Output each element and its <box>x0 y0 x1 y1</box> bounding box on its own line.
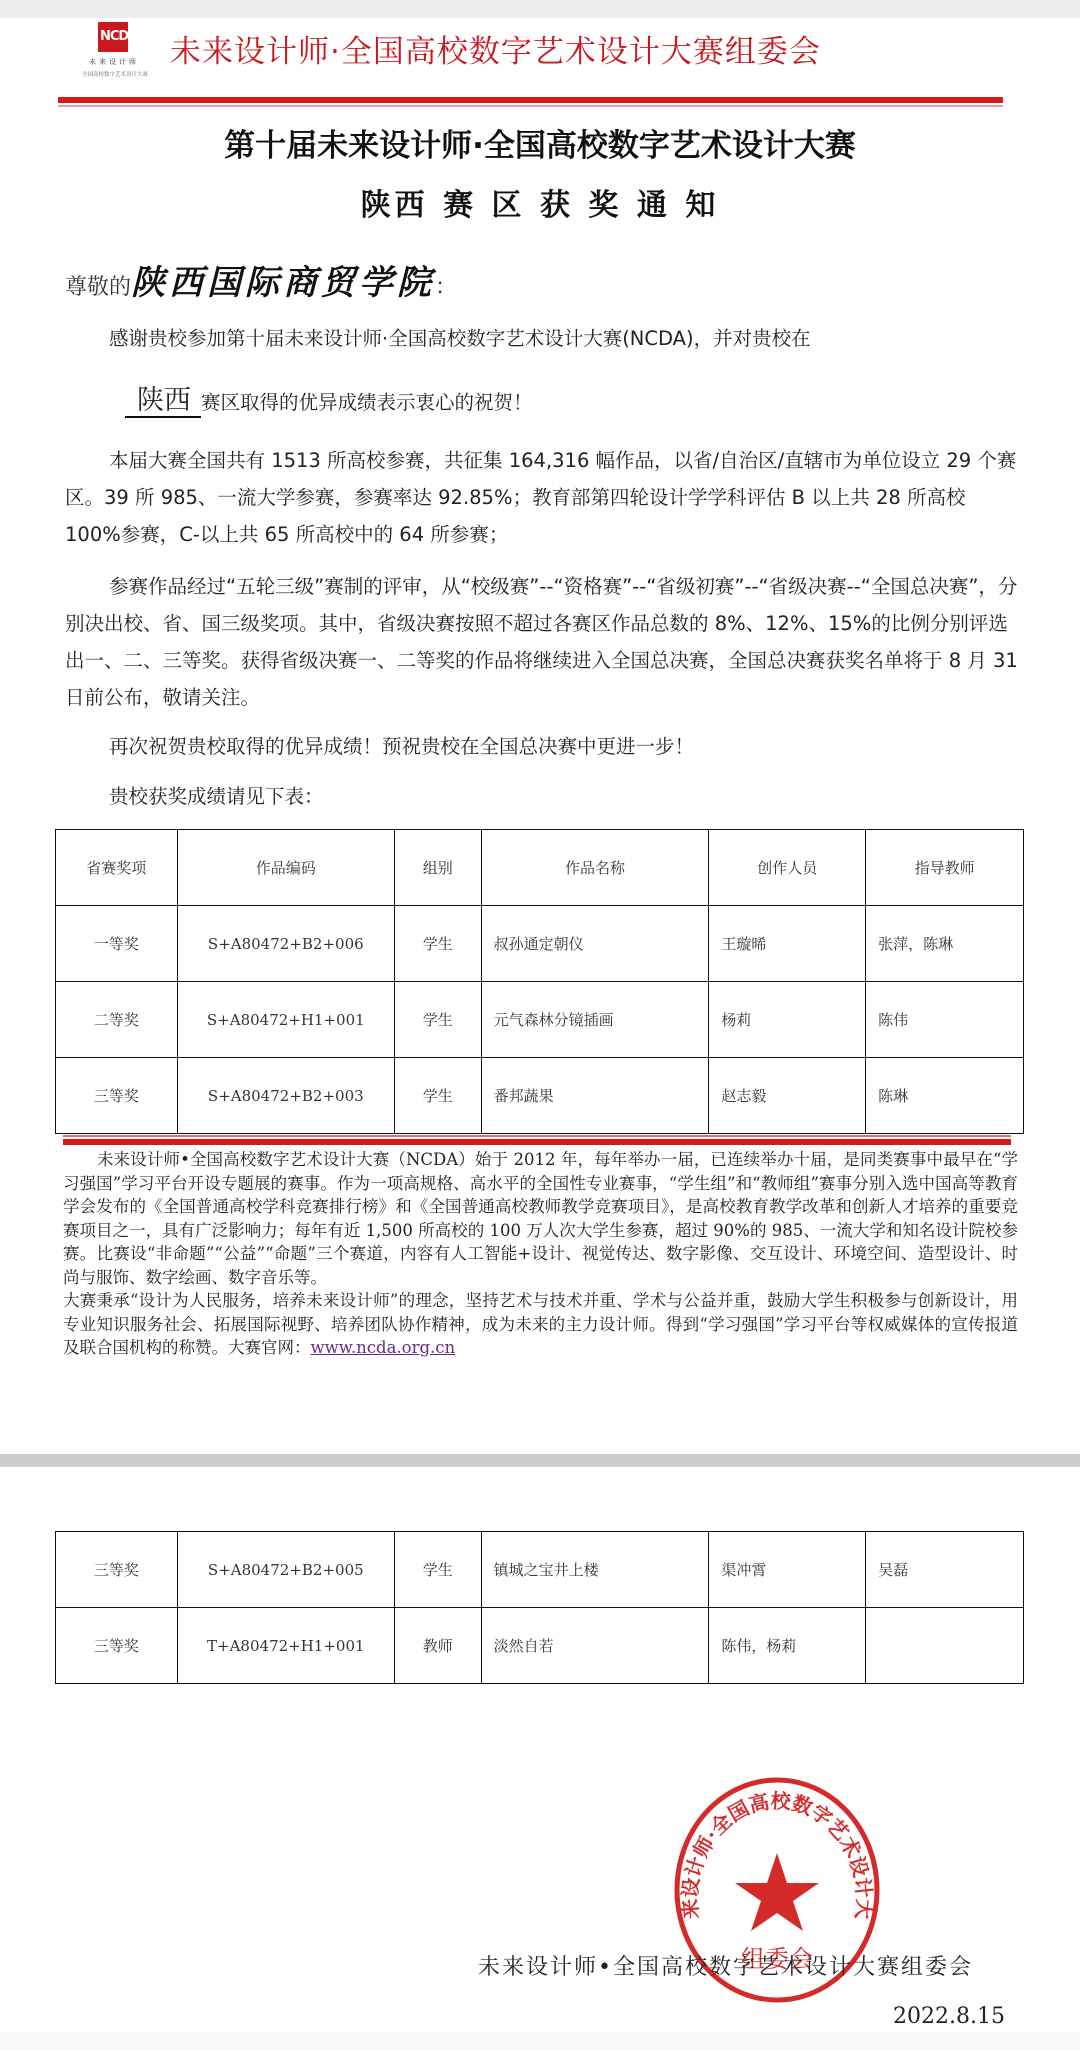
cell-advisors: 吴磊 <box>866 1532 1024 1608</box>
cell-group: 学生 <box>394 982 481 1058</box>
footer-paragraph-1: 未来设计师•全国高校数字艺术设计大赛（NCDA）始于 2012 年，每年举办一届… <box>63 1148 1018 1289</box>
footer-paragraph-2-text: 大赛秉承“设计为人民服务，培养未来设计师”的理念，坚持艺术与技术并重、学术与公益… <box>63 1291 1018 1357</box>
footer-paragraph-2: 大赛秉承“设计为人民服务，培养未来设计师”的理念，坚持艺术与技术并重、学术与公益… <box>63 1289 1018 1360</box>
logo-subtitle: 未来设计师 <box>72 57 156 67</box>
table-row: 三等奖 S+A80472+B2+003 学生 番邦蔬果 赵志毅 陈琳 <box>56 1058 1024 1134</box>
cell-creators: 陈伟，杨莉 <box>709 1608 866 1684</box>
cell-group: 学生 <box>394 1532 481 1608</box>
top-gray-bar <box>0 0 1080 18</box>
header-award: 省赛奖项 <box>56 830 178 906</box>
cell-title: 镇城之宝井上楼 <box>481 1532 709 1608</box>
header-group: 组别 <box>394 830 481 906</box>
table-row: 一等奖 S+A80472+B2+006 学生 叔孙通定朝仪 王璇晞 张萍，陈琳 <box>56 906 1024 982</box>
footer-red-rule <box>63 1139 1011 1145</box>
cell-code: T+A80472+H1+001 <box>177 1608 394 1684</box>
table-row: 二等奖 S+A80472+H1+001 学生 元气森林分镜插画 杨莉 陈伟 <box>56 982 1024 1058</box>
page-break <box>0 1454 1080 1467</box>
cell-group: 教师 <box>394 1608 481 1684</box>
greeting: 尊敬的陕西国际商贸学院： <box>65 255 457 304</box>
congrats-paragraph: 再次祝贺贵校取得的优异成绩！预祝贵校在全国总决赛中更进一步！ <box>65 728 1020 765</box>
intro-paragraph: 感谢贵校参加第十届未来设计师·全国高校数字艺术设计大赛(NCDA)，并对贵校在 <box>65 320 1020 357</box>
cell-code: S+A80472+H1+001 <box>177 982 394 1058</box>
cell-code: S+A80472+B2+003 <box>177 1058 394 1134</box>
greeting-prefix: 尊敬的 <box>65 275 131 300</box>
cell-award: 三等奖 <box>56 1532 178 1608</box>
table-row: 三等奖 S+A80472+B2+005 学生 镇城之宝井上楼 渠冲霄 吴磊 <box>56 1532 1024 1608</box>
region-congrats: 赛区取得的优异成绩表示衷心的祝贺！ <box>201 391 533 414</box>
cell-award: 三等奖 <box>56 1608 178 1684</box>
footer-thin-rule <box>63 1135 1011 1137</box>
stats-paragraph: 本届大赛全国共有 1513 所高校参赛，共征集 164,316 幅作品，以省/自… <box>65 442 1020 553</box>
cell-code: S+A80472+B2+006 <box>177 906 394 982</box>
cell-creators: 杨莉 <box>709 982 866 1058</box>
cell-advisors: 张萍，陈琳 <box>866 906 1024 982</box>
header-creators: 创作人员 <box>709 830 866 906</box>
cell-award: 三等奖 <box>56 1058 178 1134</box>
cell-title: 叔孙通定朝仪 <box>481 906 709 982</box>
logo-mark: NCDA <box>100 24 126 50</box>
cell-creators: 王璇晞 <box>709 906 866 982</box>
cell-award: 一等奖 <box>56 906 178 982</box>
website-link[interactable]: www.ncda.org.cn <box>311 1338 456 1357</box>
cell-advisors: 陈伟 <box>866 982 1024 1058</box>
award-table: 省赛奖项 作品编码 组别 作品名称 创作人员 指导教师 一等奖 S+A80472… <box>55 829 1024 1134</box>
rules-paragraph: 参赛作品经过“五轮三级”赛制的评审，从“校级赛”--“资格赛”--“省级初赛”-… <box>65 568 1020 716</box>
bottom-bar <box>0 2032 1080 2050</box>
document-title: 第十届未来设计师·全国高校数字艺术设计大赛 <box>0 120 1080 165</box>
letterhead-red-rule <box>58 97 1003 103</box>
cell-title: 淡然自若 <box>481 1608 709 1684</box>
cell-code: S+A80472+B2+005 <box>177 1532 394 1608</box>
footer-info: 未来设计师•全国高校数字艺术设计大赛（NCDA）始于 2012 年，每年举办一届… <box>63 1148 1018 1360</box>
cell-title: 元气森林分镜插画 <box>481 982 709 1058</box>
region-line: 陕西赛区取得的优异成绩表示衷心的祝贺！ <box>125 382 1080 421</box>
table-row: 三等奖 T+A80472+H1+001 教师 淡然自若 陈伟，杨莉 <box>56 1608 1024 1684</box>
cell-advisors: 陈琳 <box>866 1058 1024 1134</box>
header-advisors: 指导教师 <box>866 830 1024 906</box>
signature-org: 未来设计师•全国高校数字艺术设计大赛组委会 <box>478 1950 973 1981</box>
region-name: 陕西 <box>125 385 201 418</box>
greeting-suffix: ： <box>435 275 457 300</box>
header-title: 作品名称 <box>481 830 709 906</box>
header-code: 作品编码 <box>177 830 394 906</box>
award-table-continued: 三等奖 S+A80472+B2+005 学生 镇城之宝井上楼 渠冲霄 吴磊 三等… <box>55 1531 1024 1684</box>
cell-group: 学生 <box>394 1058 481 1134</box>
letterhead-thin-rule <box>58 105 1003 107</box>
cell-award: 二等奖 <box>56 982 178 1058</box>
document-subtitle: 陕西 赛 区 获 奖 通 知 <box>0 180 1080 224</box>
cell-title: 番邦蔬果 <box>481 1058 709 1134</box>
letterhead-org-title: 未来设计师·全国高校数字艺术设计大赛组委会 <box>170 26 821 71</box>
seal-star-icon <box>735 1853 819 1931</box>
cell-group: 学生 <box>394 906 481 982</box>
table-header-row: 省赛奖项 作品编码 组别 作品名称 创作人员 指导教师 <box>56 830 1024 906</box>
signature-date: 2022.8.15 <box>893 2004 1005 2029</box>
table-intro: 贵校获奖成绩请见下表： <box>65 778 1020 815</box>
cell-creators: 渠冲霄 <box>709 1532 866 1608</box>
cell-creators: 赵志毅 <box>709 1058 866 1134</box>
logo-subtitle-small: 全国高校数字艺术设计大赛 <box>68 70 162 78</box>
school-name: 陕西国际商贸学院 <box>131 263 435 303</box>
cell-advisors <box>866 1608 1024 1684</box>
